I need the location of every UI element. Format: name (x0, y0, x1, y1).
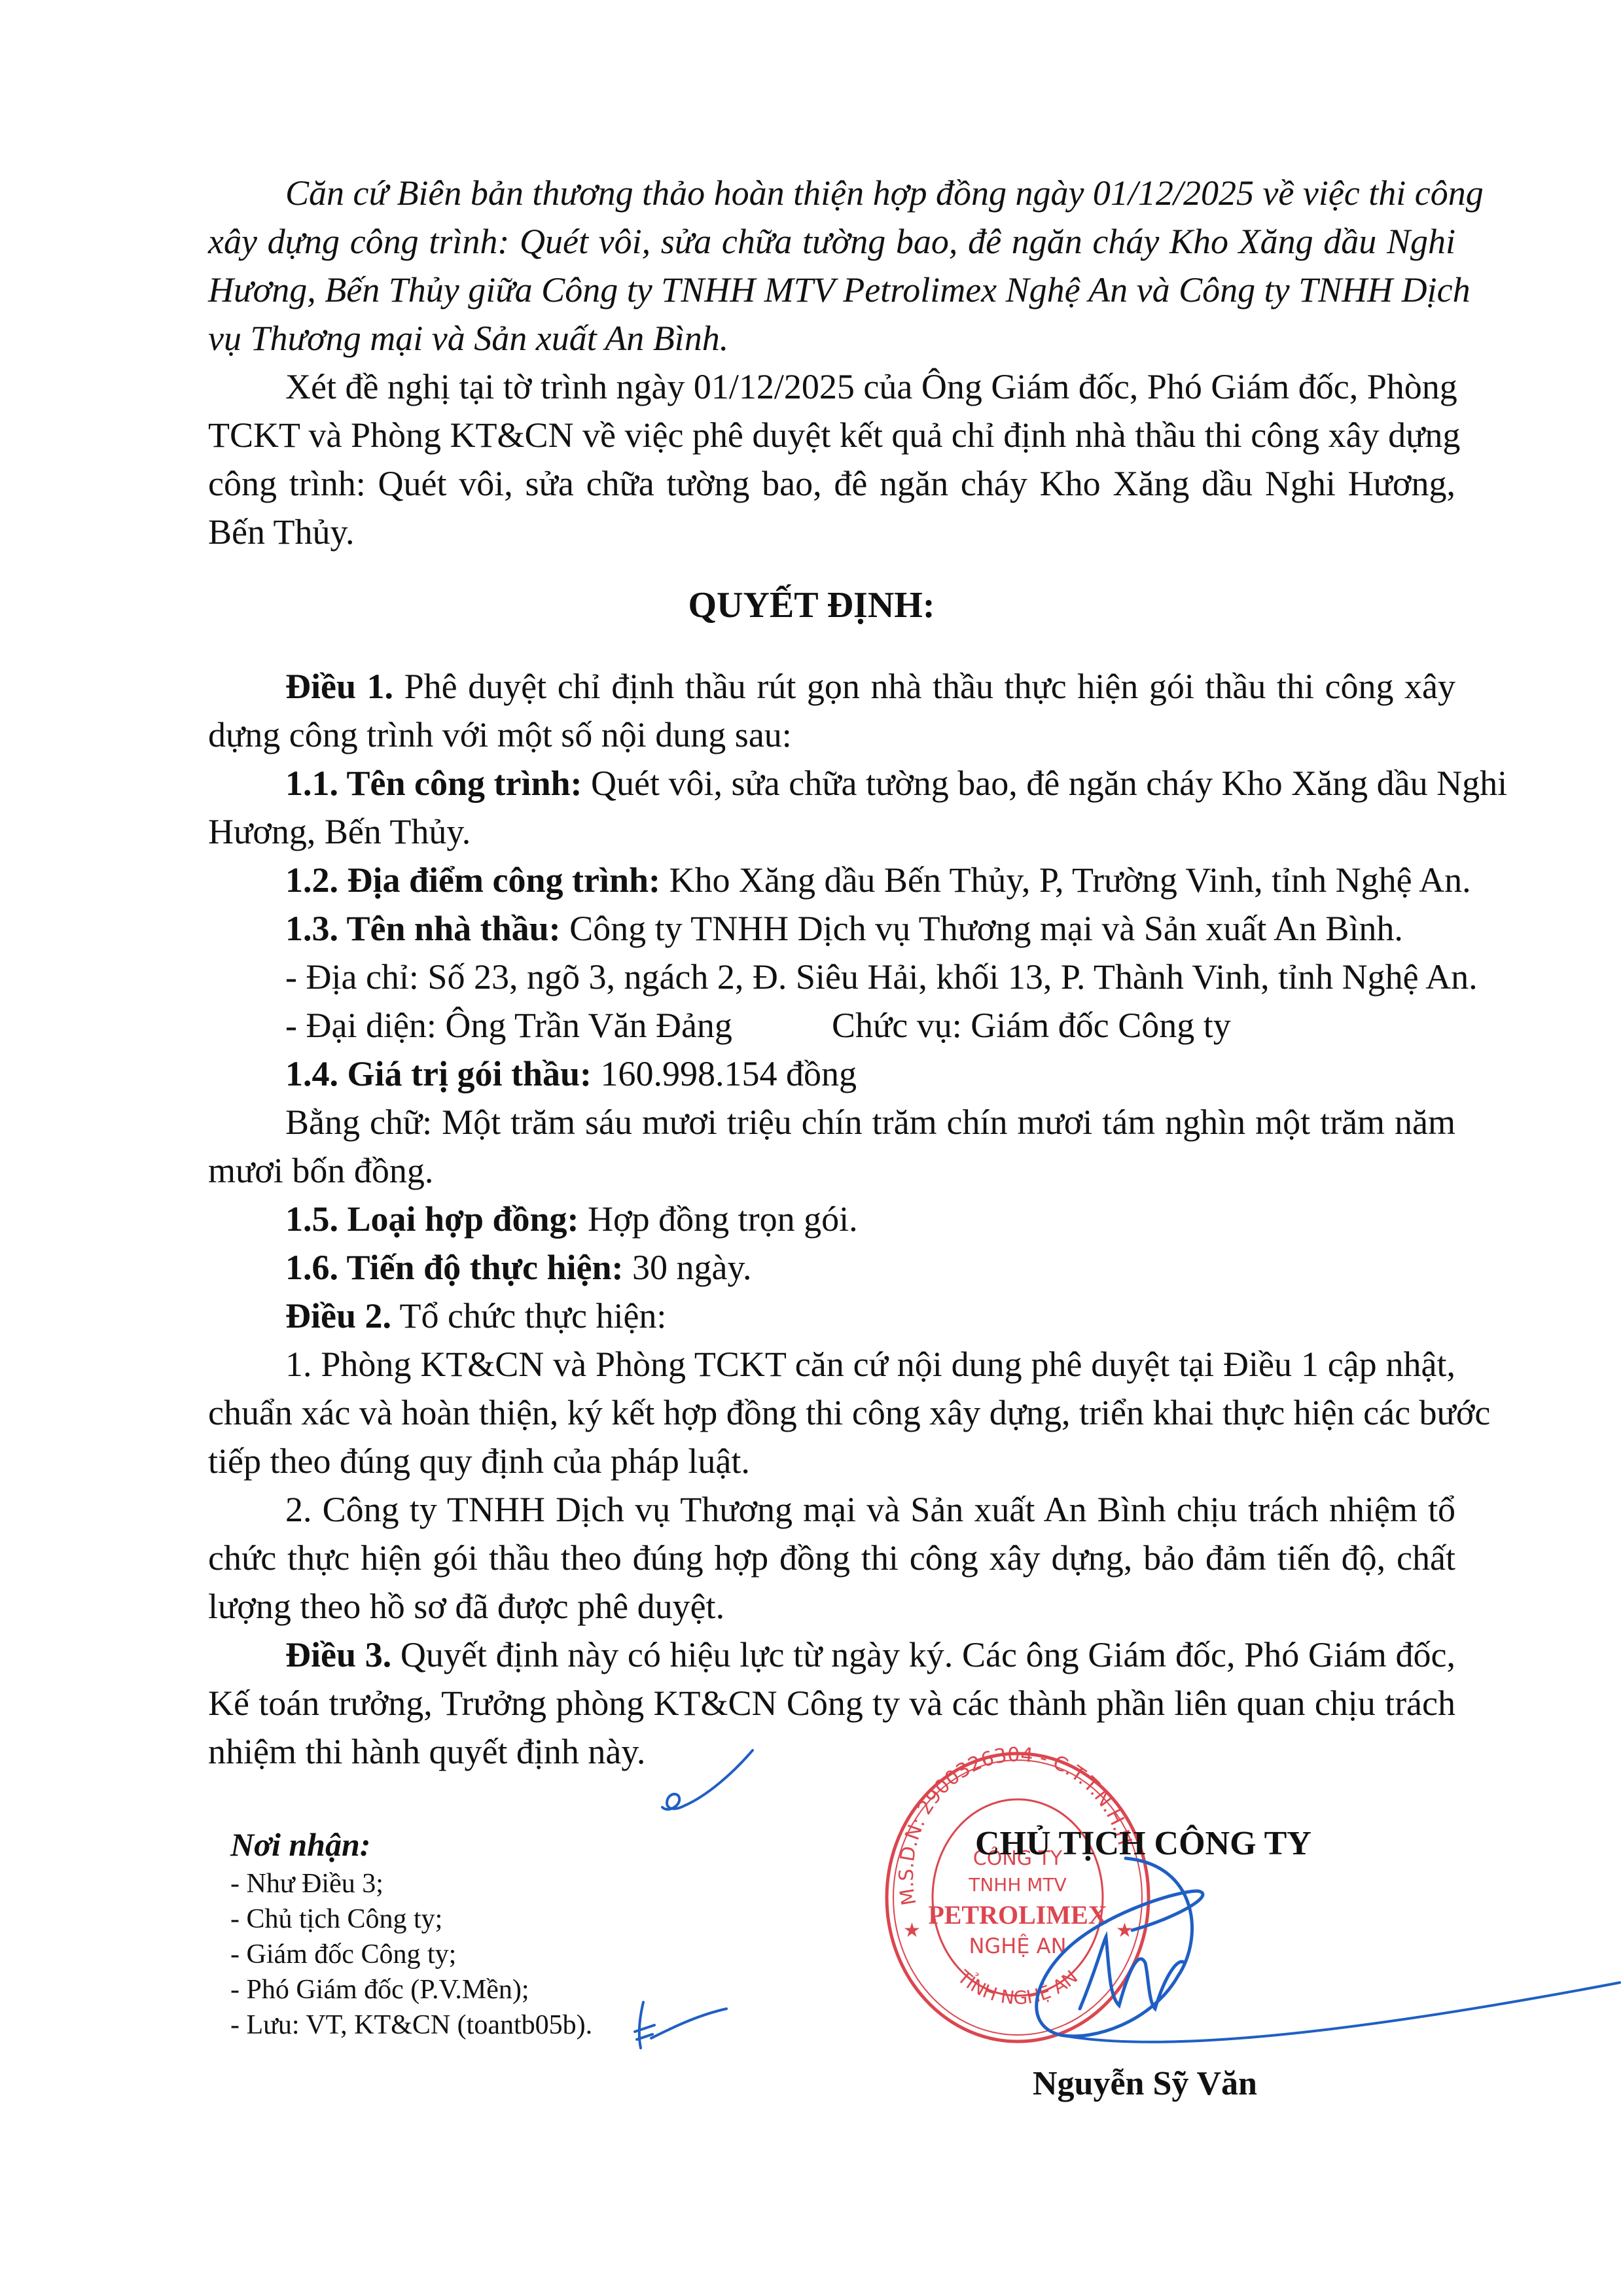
proposal-line: Xét đề nghị tại tờ trình ngày 01/12/2025… (285, 362, 1455, 411)
preamble-line: Hương, Bến Thủy giữa Công ty TNHH MTV Pe… (208, 266, 1455, 314)
article-1-text: Phê duyệt chỉ định thầu rút gọn nhà thầu… (404, 667, 1455, 706)
item-1-5-value: Hợp đồng trọn gói. (588, 1199, 858, 1239)
recipient-item: - Phó Giám đốc (P.V.Mền); (230, 1972, 529, 2007)
article-1-label: Điều 1. (285, 667, 393, 706)
item-1-1-value: Quét vôi, sửa chữa tường bao, đê ngăn ch… (591, 764, 1507, 803)
item-1-4-value: 160.998.154 đồng (601, 1054, 857, 1093)
article-2-point-1-cont: chuẩn xác và hoàn thiện, ký kết hợp đồng… (208, 1388, 1455, 1437)
article-3-line-cont: nhiệm thi hành quyết định này. (208, 1727, 1455, 1776)
contractor-position: Chức vụ: Giám đốc Công ty (832, 1001, 1231, 1050)
item-1-5-label: 1.5. Loại hợp đồng: (285, 1199, 579, 1239)
article-2-point-1-cont: tiếp theo đúng quy định của pháp luật. (208, 1437, 1455, 1485)
article-3-line: Điều 3. Quyết định này có hiệu lực từ ng… (285, 1631, 1455, 1679)
article-2-text: Tổ chức thực hiện: (400, 1296, 667, 1335)
item-1-6-value: 30 ngày. (632, 1248, 751, 1287)
signatory-name: Nguyễn Sỹ Văn (1033, 2064, 1257, 2103)
proposal-line: công trình: Quét vôi, sửa chữa tường bao… (208, 459, 1455, 508)
amount-in-words: Bằng chữ: Một trăm sáu mươi triệu chín t… (285, 1098, 1455, 1146)
article-3-line-cont: Kế toán trưởng, Trưởng phòng KT&CN Công … (208, 1679, 1455, 1727)
item-1-2-label: 1.2. Địa điểm công trình: (285, 860, 660, 900)
amount-in-words-cont: mươi bốn đồng. (208, 1146, 1455, 1195)
article-3-label: Điều 3. (285, 1635, 391, 1674)
item-1-5: 1.5. Loại hợp đồng: Hợp đồng trọn gói. (285, 1195, 1455, 1243)
article-1-intro: Điều 1. Phê duyệt chỉ định thầu rút gọn … (285, 662, 1455, 711)
article-2-point-1: 1. Phòng KT&CN và Phòng TCKT căn cứ nội … (285, 1340, 1455, 1388)
handwritten-signature-icon (982, 1845, 1623, 2061)
preamble-line: Căn cứ Biên bản thương thảo hoàn thiện h… (285, 169, 1455, 217)
recipient-item: - Lưu: VT, KT&CN (toantb05b). (230, 2007, 592, 2043)
article-2-label: Điều 2. (285, 1296, 391, 1335)
item-1-4: 1.4. Giá trị gói thầu: 160.998.154 đồng (285, 1050, 1455, 1098)
recipient-item: - Chủ tịch Công ty; (230, 1901, 442, 1937)
decision-title: QUYẾT ĐỊNH: (0, 581, 1623, 629)
contractor-representative-row: - Đại diện: Ông Trần Văn Đảng Chức vụ: G… (285, 1001, 1455, 1050)
initials-mark-icon (654, 1747, 759, 1819)
item-1-2-value: Kho Xăng dầu Bến Thủy, P, Trường Vinh, t… (669, 860, 1471, 900)
initials-mark-icon (632, 1999, 730, 2051)
item-1-4-label: 1.4. Giá trị gói thầu: (285, 1054, 592, 1093)
contractor-address: - Địa chỉ: Số 23, ngõ 3, ngách 2, Đ. Siê… (285, 953, 1455, 1001)
item-1-6-label: 1.6. Tiến độ thực hiện: (285, 1248, 624, 1287)
proposal-line: TCKT và Phòng KT&CN về việc phê duyệt kế… (208, 411, 1455, 459)
article-2-point-2: 2. Công ty TNHH Dịch vụ Thương mại và Sả… (285, 1485, 1455, 1534)
item-1-1-cont: Hương, Bến Thủy. (208, 807, 1455, 856)
recipients-title: Nơi nhận: (230, 1826, 370, 1863)
article-2-point-2-cont: chức thực hiện gói thầu theo đúng hợp đồ… (208, 1534, 1455, 1582)
article-2-point-2-cont: lượng theo hồ sơ đã được phê duyệt. (208, 1582, 1455, 1631)
item-1-2: 1.2. Địa điểm công trình: Kho Xăng dầu B… (285, 856, 1455, 904)
item-1-6: 1.6. Tiến độ thực hiện: 30 ngày. (285, 1243, 1455, 1292)
preamble-line: vụ Thương mại và Sản xuất An Bình. (208, 314, 1455, 362)
article-3-text: Quyết định này có hiệu lực từ ngày ký. C… (401, 1635, 1455, 1674)
recipient-item: - Như Điều 3; (230, 1866, 383, 1901)
item-1-1: 1.1. Tên công trình: Quét vôi, sửa chữa … (285, 759, 1455, 807)
recipient-item: - Giám đốc Công ty; (230, 1937, 456, 1972)
article-2-heading: Điều 2. Tổ chức thực hiện: (285, 1292, 1455, 1340)
svg-text:★: ★ (903, 1920, 921, 1941)
item-1-1-label: 1.1. Tên công trình: (285, 764, 582, 803)
item-1-3-value: Công ty TNHH Dịch vụ Thương mại và Sản x… (569, 909, 1403, 948)
contractor-representative: - Đại diện: Ông Trần Văn Đảng (285, 1006, 732, 1045)
proposal-line: Bến Thủy. (208, 508, 1455, 556)
item-1-3-label: 1.3. Tên nhà thầu: (285, 909, 561, 948)
preamble-line: xây dựng công trình: Quét vôi, sửa chữa … (208, 217, 1455, 266)
article-1-intro-cont: dựng công trình với một số nội dung sau: (208, 711, 1455, 759)
item-1-3: 1.3. Tên nhà thầu: Công ty TNHH Dịch vụ … (285, 904, 1455, 953)
